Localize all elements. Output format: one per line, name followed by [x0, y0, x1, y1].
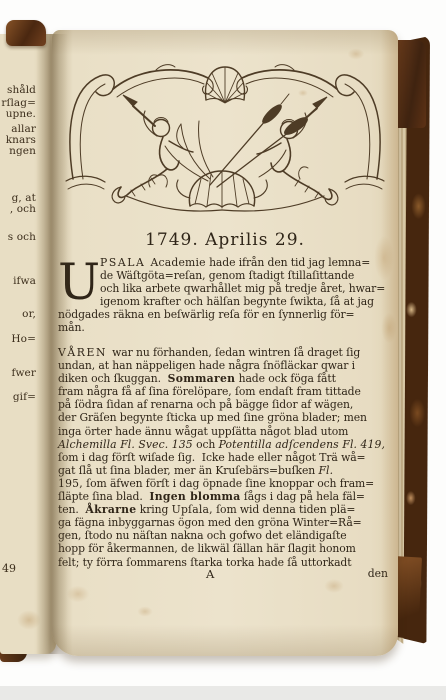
- book-photograph: shåldrſlag=upne.allarknarsngeng, at, och…: [0, 0, 446, 700]
- verso-text-fragment: or,: [22, 308, 36, 320]
- signature-line: A den: [58, 567, 392, 581]
- text-line: der Gräſen begynte ſticka up med ſine gr…: [58, 411, 392, 424]
- verso-text-fragment: fwer: [11, 367, 36, 379]
- text-line: och lika arbete qwarhållet mig på tredje…: [100, 282, 392, 295]
- foxing-stain: [134, 604, 156, 619]
- verso-text-fragment: s och: [8, 231, 36, 243]
- foxing-stain: [62, 582, 94, 606]
- text-line: nödgades räkna en beſwärlig reſa för en …: [58, 308, 392, 321]
- verso-text-fragment: Ho=: [11, 333, 36, 345]
- gathering-signature: A: [206, 567, 214, 581]
- spine-headcap-leather: [6, 20, 46, 46]
- catchword: den: [368, 567, 388, 580]
- text-line: gat ſlå ut ſina blader, mer än Kruſebärs…: [58, 464, 392, 477]
- headpiece-engraving: [60, 58, 390, 218]
- body-paragraph-2: VÅREN war nu förhanden, ſedan wintren ſå…: [58, 346, 392, 569]
- board-corner-leather-bottom: [394, 556, 422, 640]
- text-line: PSALA Academie hade ifrån den tid jag le…: [100, 256, 392, 269]
- body-paragraph-1: PSALA Academie hade ifrån den tid jag le…: [58, 256, 392, 335]
- verso-text-fragment: gif=: [13, 391, 36, 403]
- date-heading: 1749. Aprilis 29.: [58, 230, 392, 250]
- verso-text-column: shåldrſlag=upne.allarknarsngeng, at, och…: [0, 0, 37, 700]
- text-line: undan, at han näppeligen hade några ſnöf…: [58, 359, 392, 372]
- text-line: fram några få af ſina förelöpare, ſom en…: [58, 385, 392, 398]
- text-line: ſom i dag förſt wiſade ſig. Icke hade el…: [58, 451, 392, 464]
- verso-text-fragment: ifwa: [13, 275, 36, 287]
- verso-text-fragment: , och: [10, 203, 36, 215]
- text-line: ga fägna inbyggarnas ögon med den gröna …: [58, 516, 392, 529]
- verso-page-number: 49: [2, 562, 16, 575]
- text-line: ten. Åkrarne kring Upſala, ſom wid denna…: [58, 503, 392, 516]
- text-line: hopp för åkermannen, de likwäl ſällan hä…: [58, 542, 392, 555]
- text-line: ſläpte ſina blad. Ingen blomma ſågs i da…: [58, 490, 392, 503]
- board-corner-leather-top: [394, 40, 426, 128]
- text-line: diken och ſkuggan. Sommaren hade ock fög…: [58, 372, 392, 385]
- text-line: på ſödra ſidan af renarna och på bägge ſ…: [58, 398, 392, 411]
- verso-text-fragment: shåld: [7, 84, 36, 96]
- text-line: igenom krafter och hälſan begynte ſwikta…: [100, 295, 392, 308]
- text-line: mån.: [58, 321, 392, 334]
- table-surface-strip: [0, 686, 446, 700]
- text-line: VÅREN war nu förhanden, ſedan wintren ſå…: [58, 346, 392, 359]
- text-line: gen, ſtodo nu näſtan nakna och gofwo det…: [58, 529, 392, 542]
- text-line: inga örter hade ännu wågat uppſätta någo…: [58, 425, 392, 438]
- text-line: 195, ſom äfwen förſt i dag öpnade ſine k…: [58, 477, 392, 490]
- recto-page: 1749. Aprilis 29. U PSALA Academie hade …: [52, 30, 398, 656]
- text-line: Alchemilla Fl. Svec. 135 och Potentilla …: [58, 438, 392, 451]
- verso-text-fragment: ngen: [9, 145, 36, 157]
- verso-text-fragment: upne.: [6, 108, 36, 120]
- text-line: de Wäſtgöta=reſan, genom ſtadigt ſtillaſ…: [100, 269, 392, 282]
